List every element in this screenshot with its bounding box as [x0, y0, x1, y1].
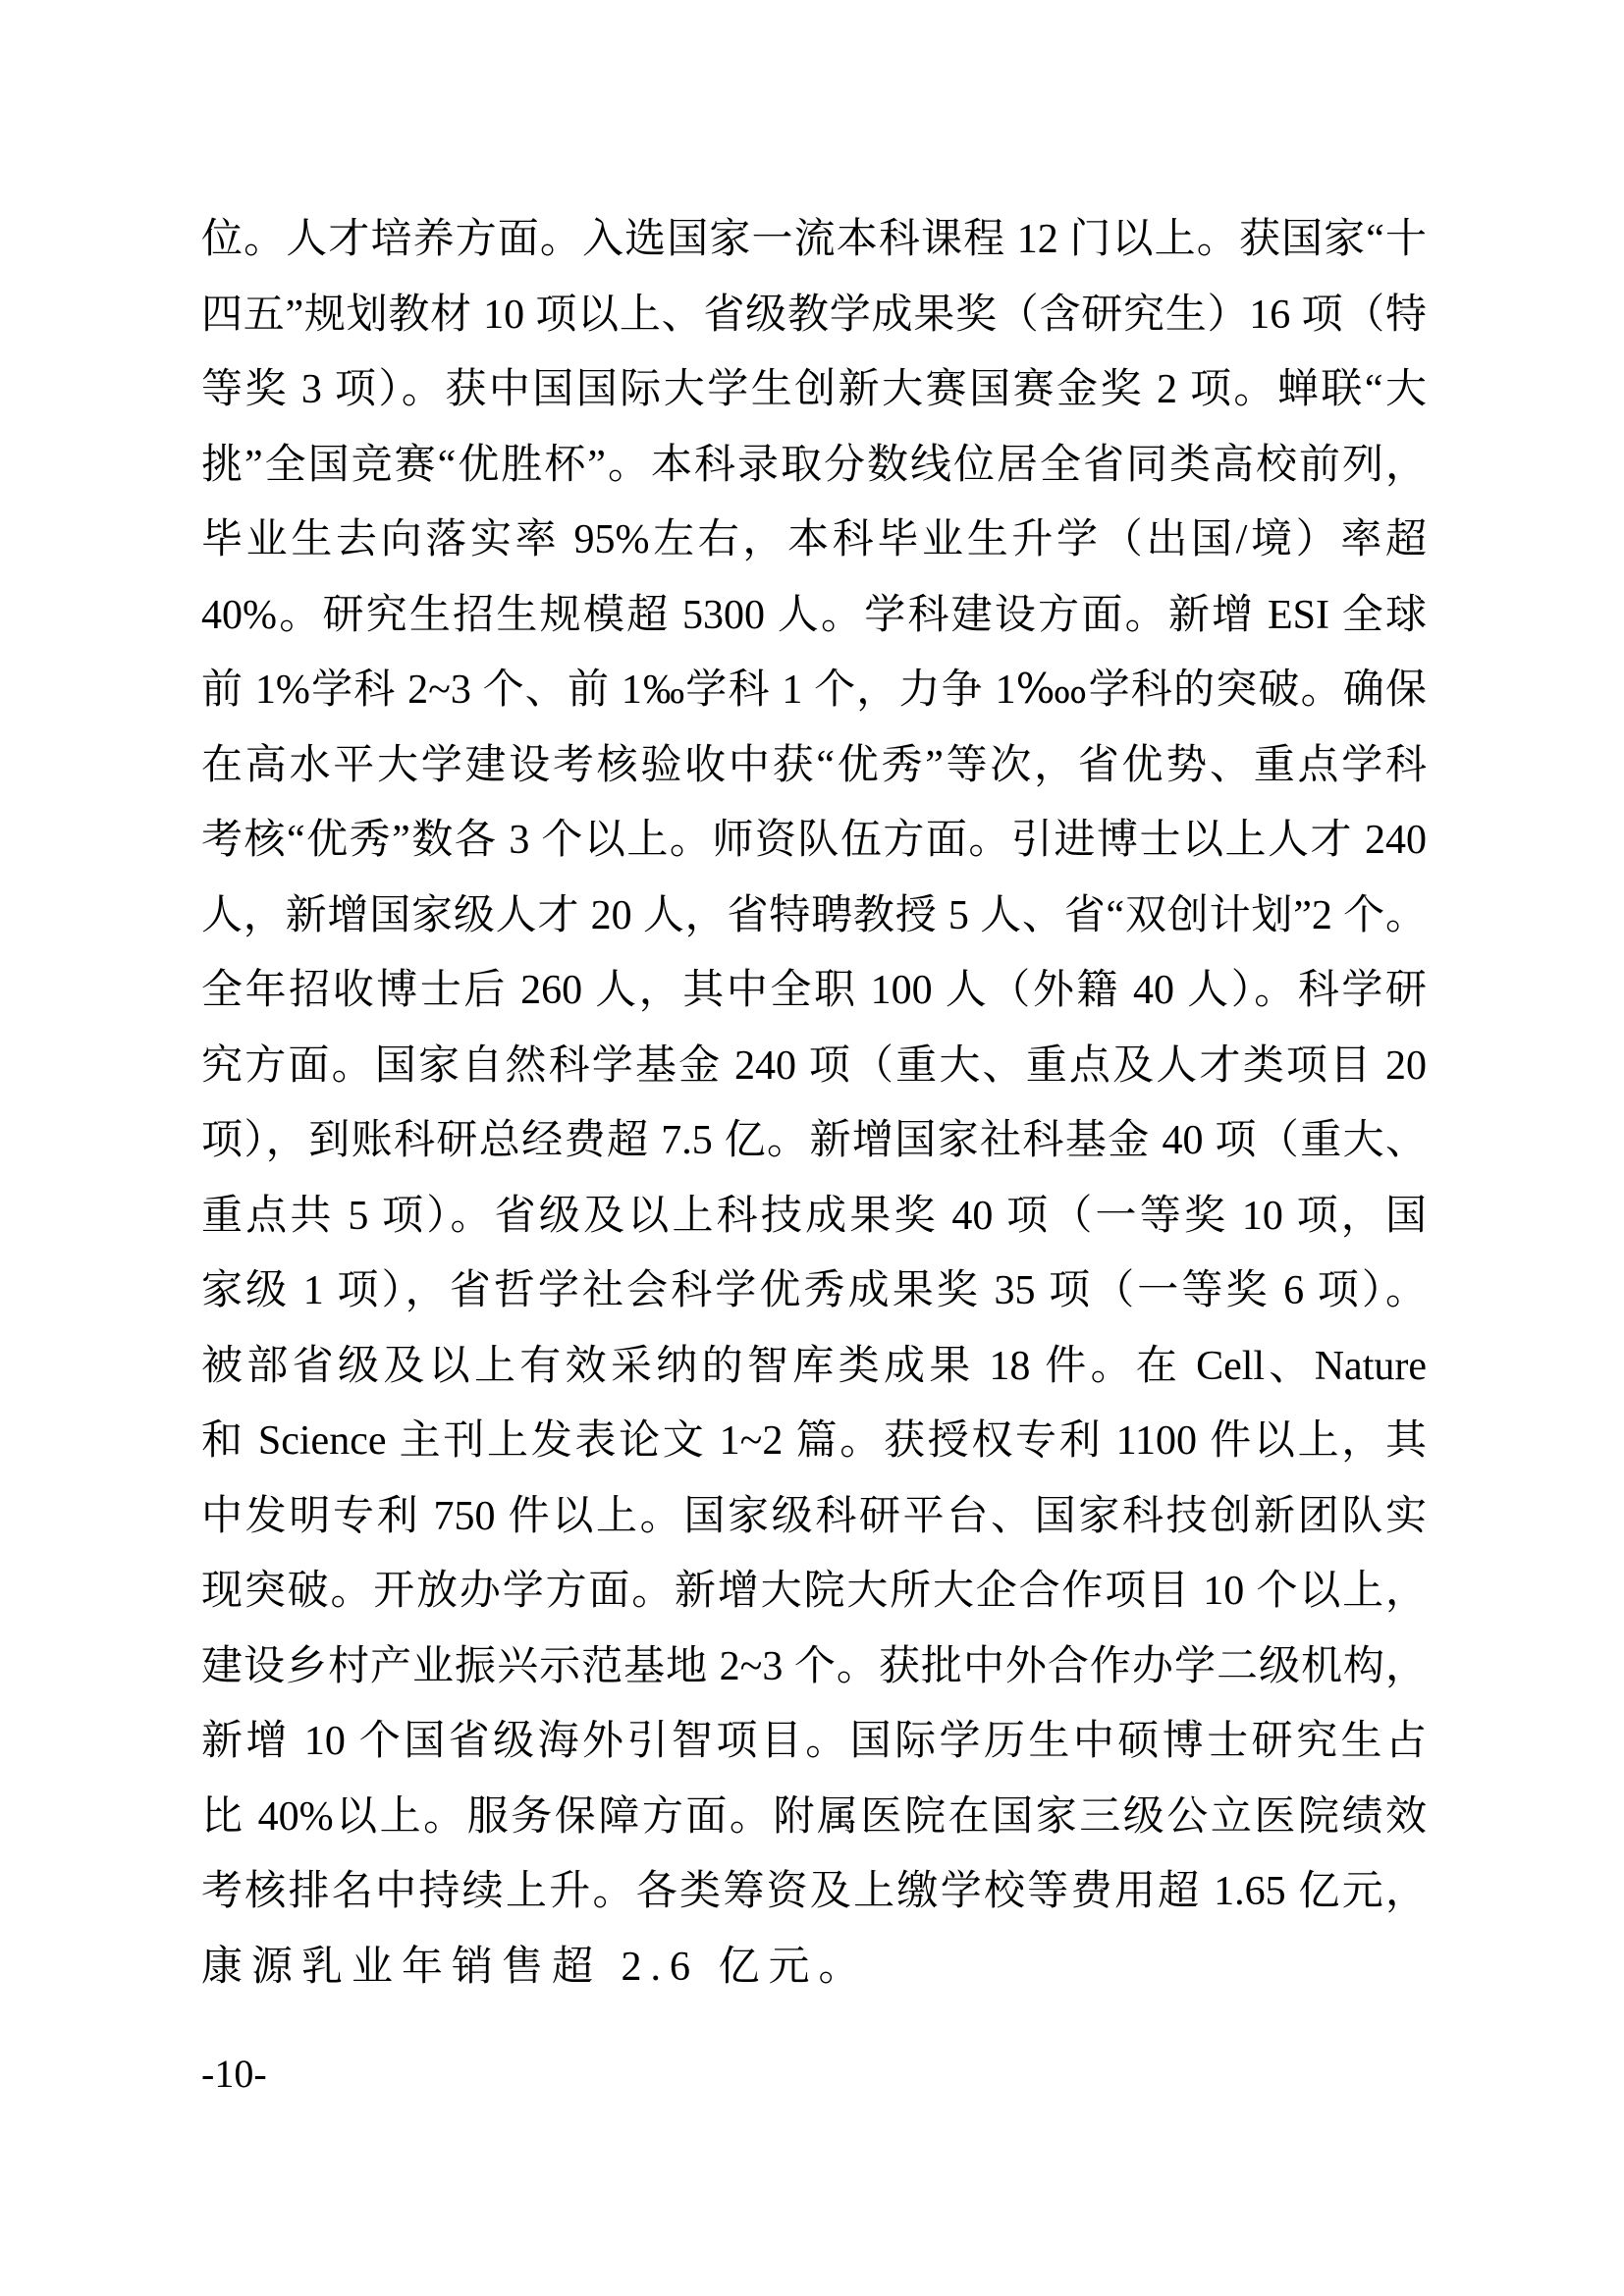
text-line: 全年招收博士后 260 人，其中全职 100 人（外籍 40 人）。科学研: [201, 953, 1427, 1029]
text-line: 毕业生去向落实率 95%左右，本科毕业生升学（出国/境）率超: [201, 503, 1427, 578]
text-line: 40%。研究生招生规模超 5300 人。学科建设方面。新增 ESI 全球: [201, 578, 1427, 654]
page-number: -10-: [201, 2050, 267, 2099]
text-line: 挑”全国竞赛“优胜杯”。本科录取分数线位居全省同类高校前列，: [201, 428, 1427, 504]
text-line: 考核“优秀”数各 3 个以上。师资队伍方面。引进博士以上人才 240: [201, 803, 1427, 879]
text-line: 前 1%学科 2~3 个、前 1‰学科 1 个，力争 1‱学科的突破。确保: [201, 653, 1427, 728]
text-line: 究方面。国家自然科学基金 240 项（重大、重点及人才类项目 20: [201, 1029, 1427, 1104]
text-line: 新增 10 个国省级海外引智项目。国际学历生中硕博士研究生占: [201, 1704, 1427, 1780]
text-line: 建设乡村产业振兴示范基地 2~3 个。获批中外合作办学二级机构，: [201, 1629, 1427, 1705]
text-line: 等奖 3 项）。获中国国际大学生创新大赛国赛金奖 2 项。蝉联“大: [201, 352, 1427, 428]
text-line: 重点共 5 项）。省级及以上科技成果奖 40 项（一等奖 10 项，国: [201, 1179, 1427, 1255]
text-line: 被部省级及以上有效采纳的智库类成果 18 件。在 Cell、Nature: [201, 1329, 1427, 1405]
text-line: 比 40%以上。服务保障方面。附属医院在国家三级公立医院绩效: [201, 1780, 1427, 1855]
text-line: 家级 1 项），省哲学社会科学优秀成果奖 35 项（一等奖 6 项）。: [201, 1254, 1427, 1329]
body-paragraph: 位。人才培养方面。入选国家一流本科课程 12 门以上。获国家“十 四五”规划教材…: [201, 202, 1427, 2004]
text-line-final: 康源乳业年销售超 2.6 亿元。: [201, 1930, 1427, 2005]
text-line: 考核排名中持续上升。各类筹资及上缴学校等费用超 1.65 亿元，: [201, 1854, 1427, 1930]
document-page: 位。人才培养方面。入选国家一流本科课程 12 门以上。获国家“十 四五”规划教材…: [0, 0, 1624, 2296]
text-line: 在高水平大学建设考核验收中获“优秀”等次，省优势、重点学科: [201, 728, 1427, 804]
text-line: 中发明专利 750 件以上。国家级科研平台、国家科技创新团队实: [201, 1479, 1427, 1555]
text-line: 和 Science 主刊上发表论文 1~2 篇。获授权专利 1100 件以上，其: [201, 1404, 1427, 1479]
text-line: 项），到账科研总经费超 7.5 亿。新增国家社科基金 40 项（重大、: [201, 1103, 1427, 1179]
text-line: 现突破。开放办学方面。新增大院大所大企合作项目 10 个以上，: [201, 1554, 1427, 1629]
text-line: 人，新增国家级人才 20 人，省特聘教授 5 人、省“双创计划”2 个。: [201, 879, 1427, 954]
text-line: 位。人才培养方面。入选国家一流本科课程 12 门以上。获国家“十: [201, 202, 1427, 278]
text-line: 四五”规划教材 10 项以上、省级教学成果奖（含研究生）16 项（特: [201, 278, 1427, 353]
